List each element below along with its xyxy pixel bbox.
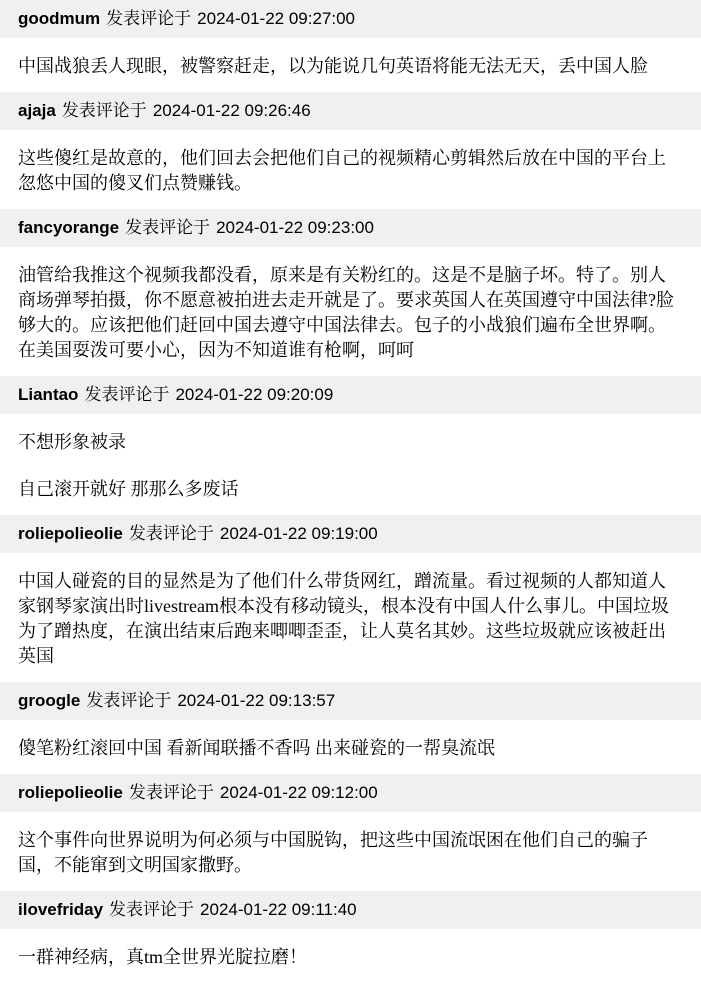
comment-username: groogle	[18, 691, 80, 710]
comment-item: goodmum发表评论于2024-01-22 09:27:00 中国战狼丢人现眼…	[0, 0, 701, 92]
comment-header: Liantao发表评论于2024-01-22 09:20:09	[0, 376, 701, 414]
comment-header: ajaja发表评论于2024-01-22 09:26:46	[0, 92, 701, 130]
comment-paragraph: 自己滚开就好 那那么多废话	[18, 477, 683, 502]
comment-timestamp: 2024-01-22 09:20:09	[175, 385, 333, 404]
comment-body: 油管给我推这个视频我都没看，原来是有关粉红的。这是不是脑子坏。特了。别人商场弹琴…	[0, 247, 701, 376]
comment-posted-label: 发表评论于	[109, 900, 194, 919]
comment-timestamp: 2024-01-22 09:26:46	[153, 101, 311, 120]
comment-body: 中国战狼丢人现眼，被警察赶走，以为能说几句英语将能无法无天，丢中国人脸	[0, 38, 701, 92]
comment-paragraph: 这些傻红是故意的，他们回去会把他们自己的视频精心剪辑然后放在中国的平台上忽悠中国…	[18, 146, 683, 196]
comment-header: groogle发表评论于2024-01-22 09:13:57	[0, 682, 701, 720]
comment-item: ilovefriday发表评论于2024-01-22 09:11:40 一群神经…	[0, 891, 701, 983]
comment-posted-label: 发表评论于	[125, 218, 210, 237]
comment-timestamp: 2024-01-22 09:23:00	[216, 218, 374, 237]
comment-posted-label: 发表评论于	[106, 9, 191, 28]
comment-posted-label: 发表评论于	[129, 783, 214, 802]
comment-body: 一群神经病，真tm全世界光腚拉磨！	[0, 929, 701, 983]
comment-header: goodmum发表评论于2024-01-22 09:27:00	[0, 0, 701, 38]
comment-timestamp: 2024-01-22 09:27:00	[197, 9, 355, 28]
comment-timestamp: 2024-01-22 09:13:57	[177, 691, 335, 710]
comment-username: ilovefriday	[18, 900, 103, 919]
comment-username: Liantao	[18, 385, 78, 404]
comment-body: 这个事件向世界说明为何必须与中国脱钩，把这些中国流氓困在他们自己的骗子国，不能窜…	[0, 812, 701, 891]
comment-username: fancyorange	[18, 218, 119, 237]
comment-paragraph: 中国战狼丢人现眼，被警察赶走，以为能说几句英语将能无法无天，丢中国人脸	[18, 54, 683, 79]
comment-body: 中国人碰瓷的目的显然是为了他们什么带货网红，蹭流量。看过视频的人都知道人家钢琴家…	[0, 553, 701, 682]
comment-timestamp: 2024-01-22 09:19:00	[220, 524, 378, 543]
comment-posted-label: 发表评论于	[129, 524, 214, 543]
comment-timestamp: 2024-01-22 09:11:40	[200, 900, 357, 919]
comment-item: Liantao发表评论于2024-01-22 09:20:09 不想形象被录自己…	[0, 376, 701, 515]
comment-paragraph: 这个事件向世界说明为何必须与中国脱钩，把这些中国流氓困在他们自己的骗子国，不能窜…	[18, 828, 683, 878]
comment-username: goodmum	[18, 9, 100, 28]
comment-paragraph: 傻笔粉红滚回中国 看新闻联播不香吗 出来碰瓷的一帮臭流氓	[18, 736, 683, 761]
comment-item: fancyorange发表评论于2024-01-22 09:23:00 油管给我…	[0, 209, 701, 376]
comment-body: 这些傻红是故意的，他们回去会把他们自己的视频精心剪辑然后放在中国的平台上忽悠中国…	[0, 130, 701, 209]
comment-paragraph: 中国人碰瓷的目的显然是为了他们什么带货网红，蹭流量。看过视频的人都知道人家钢琴家…	[18, 569, 683, 669]
comment-header: roliepolieolie发表评论于2024-01-22 09:12:00	[0, 774, 701, 812]
comment-paragraph: 不想形象被录	[18, 430, 683, 455]
comment-username: ajaja	[18, 101, 56, 120]
comment-paragraph: 油管给我推这个视频我都没看，原来是有关粉红的。这是不是脑子坏。特了。别人商场弹琴…	[18, 263, 683, 363]
comment-item: ajaja发表评论于2024-01-22 09:26:46 这些傻红是故意的，他…	[0, 92, 701, 209]
comment-timestamp: 2024-01-22 09:12:00	[220, 783, 378, 802]
comment-header: ilovefriday发表评论于2024-01-22 09:11:40	[0, 891, 701, 929]
comment-paragraph: 一群神经病，真tm全世界光腚拉磨！	[18, 945, 683, 970]
comment-header: roliepolieolie发表评论于2024-01-22 09:19:00	[0, 515, 701, 553]
comment-list: goodmum发表评论于2024-01-22 09:27:00 中国战狼丢人现眼…	[0, 0, 701, 983]
comment-username: roliepolieolie	[18, 524, 123, 543]
comment-posted-label: 发表评论于	[86, 691, 171, 710]
comment-item: groogle发表评论于2024-01-22 09:13:57 傻笔粉红滚回中国…	[0, 682, 701, 774]
comment-item: roliepolieolie发表评论于2024-01-22 09:12:00 这…	[0, 774, 701, 891]
comment-item: roliepolieolie发表评论于2024-01-22 09:19:00 中…	[0, 515, 701, 682]
comment-body: 不想形象被录自己滚开就好 那那么多废话	[0, 414, 701, 515]
comment-posted-label: 发表评论于	[62, 101, 147, 120]
comment-body: 傻笔粉红滚回中国 看新闻联播不香吗 出来碰瓷的一帮臭流氓	[0, 720, 701, 774]
comment-posted-label: 发表评论于	[84, 385, 169, 404]
comment-header: fancyorange发表评论于2024-01-22 09:23:00	[0, 209, 701, 247]
comment-username: roliepolieolie	[18, 783, 123, 802]
